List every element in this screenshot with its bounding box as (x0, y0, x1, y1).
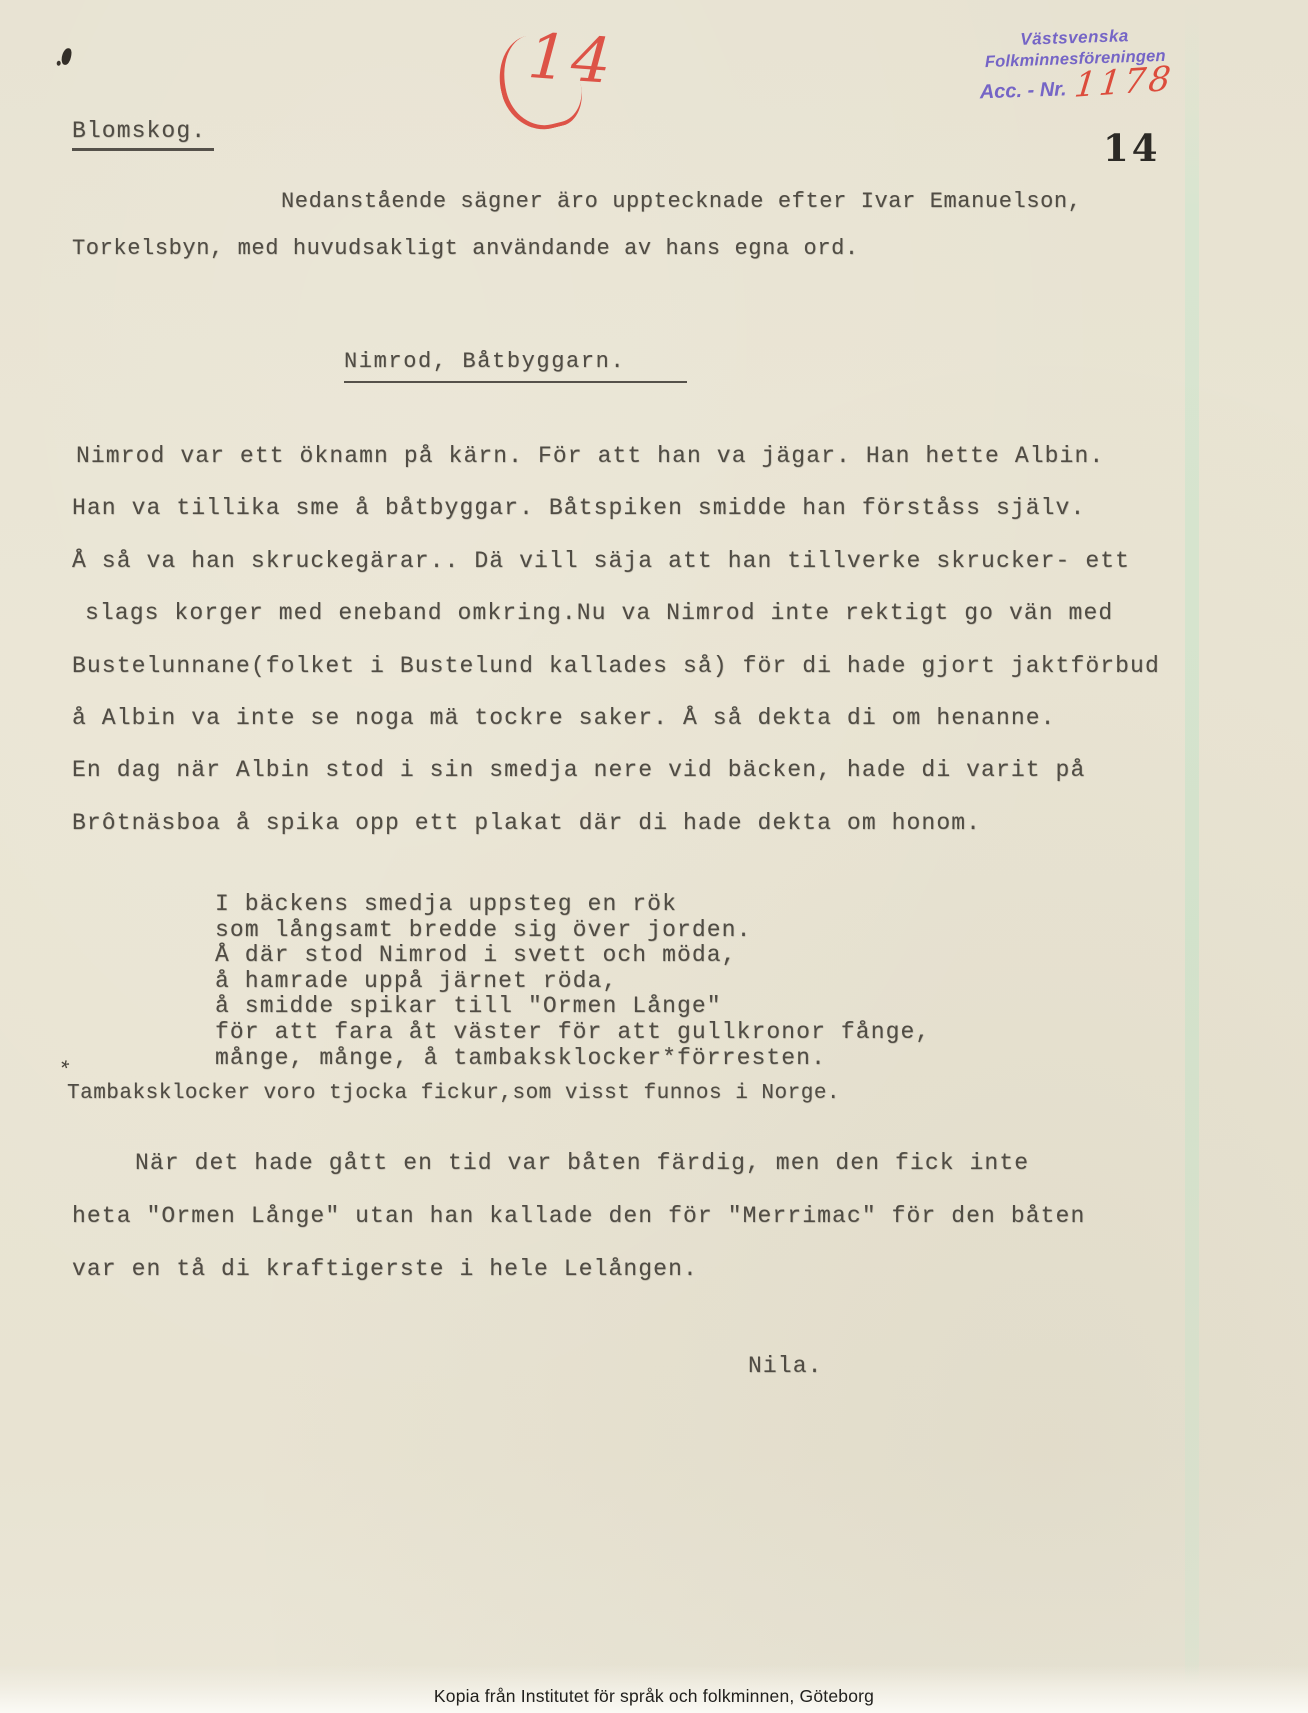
poem-line: månge, månge, å tambaksklocker*förresten… (215, 1045, 930, 1071)
paragraph-line: var en tå di kraftigerste i hele Lelånge… (72, 1256, 1085, 1309)
paragraph-line: Han va tillika sme å båtbyggar. Båtspike… (72, 495, 1160, 547)
ink-speck (61, 47, 73, 65)
signature: Nila. (748, 1353, 823, 1379)
scanner-stripe (1185, 0, 1199, 1713)
story-title: Nimrod, Båtbyggarn. (344, 349, 687, 383)
paragraph-line: å Albin va inte se noga mä tockre saker.… (72, 705, 1160, 757)
paragraph-line: Bustelunnane(folket i Bustelund kallades… (72, 653, 1160, 705)
red-pencil-number: 14 (526, 19, 618, 98)
intro-line-1: Nedanstående sägner äro upptecknade efte… (281, 189, 1082, 214)
stamp-acc-number: 1178 (1073, 66, 1175, 100)
archive-stamp: Västsvenska Folkminnesföreningen Acc. - … (977, 25, 1174, 105)
poem-line: å hamrade uppå järnet röda, (215, 968, 930, 994)
footnote: Tambaksklocker voro tjocka fickur,som vi… (67, 1082, 840, 1105)
section-heading: Blomskog. (72, 118, 214, 151)
poem-line: för att fara åt väster för att gullkrono… (215, 1019, 930, 1045)
paragraph-line: Brôtnäsboa å spika opp ett plakat där di… (72, 810, 1160, 862)
poem-line: å smidde spikar till "Ormen Långe" (215, 993, 930, 1019)
paragraph-line: När det hade gått en tid var båten färdi… (72, 1150, 1085, 1203)
scanned-document-page: 14 Västsvenska Folkminnesföreningen Acc.… (0, 0, 1308, 1713)
paragraph-line: Nimrod var ett öknamn på kärn. För att h… (72, 443, 1160, 495)
poem-line: som långsamt bredde sig över jorden. (215, 917, 930, 943)
poem-line: Å där stod Nimrod i svett och möda, (215, 942, 930, 968)
story-poem: I bäckens smedja uppsteg en rök som lång… (215, 891, 930, 1070)
red-pencil-annotation: 14 (498, 26, 638, 136)
story-paragraph-1: Nimrod var ett öknamn på kärn. För att h… (72, 443, 1160, 862)
poem-line: I bäckens smedja uppsteg en rök (215, 891, 930, 917)
paragraph-line: En dag när Albin stod i sin smedja nere … (72, 757, 1160, 809)
page-number: 14 (1103, 126, 1161, 170)
footnote-marker: * (54, 1057, 73, 1084)
intro-line-2: Torkelsbyn, med huvudsakligt användande … (72, 236, 859, 261)
stamp-acc-label: Acc. - Nr. (979, 78, 1066, 104)
paragraph-line: slags korger med eneband omkring.Nu va N… (72, 600, 1160, 652)
paragraph-line: heta "Ormen Långe" utan han kallade den … (72, 1203, 1085, 1256)
footer-caption: Kopia från Institutet för språk och folk… (0, 1686, 1308, 1707)
story-paragraph-2: När det hade gått en tid var båten färdi… (72, 1150, 1085, 1309)
paragraph-line: Å så va han skruckegärar.. Dä vill säja … (72, 548, 1160, 600)
